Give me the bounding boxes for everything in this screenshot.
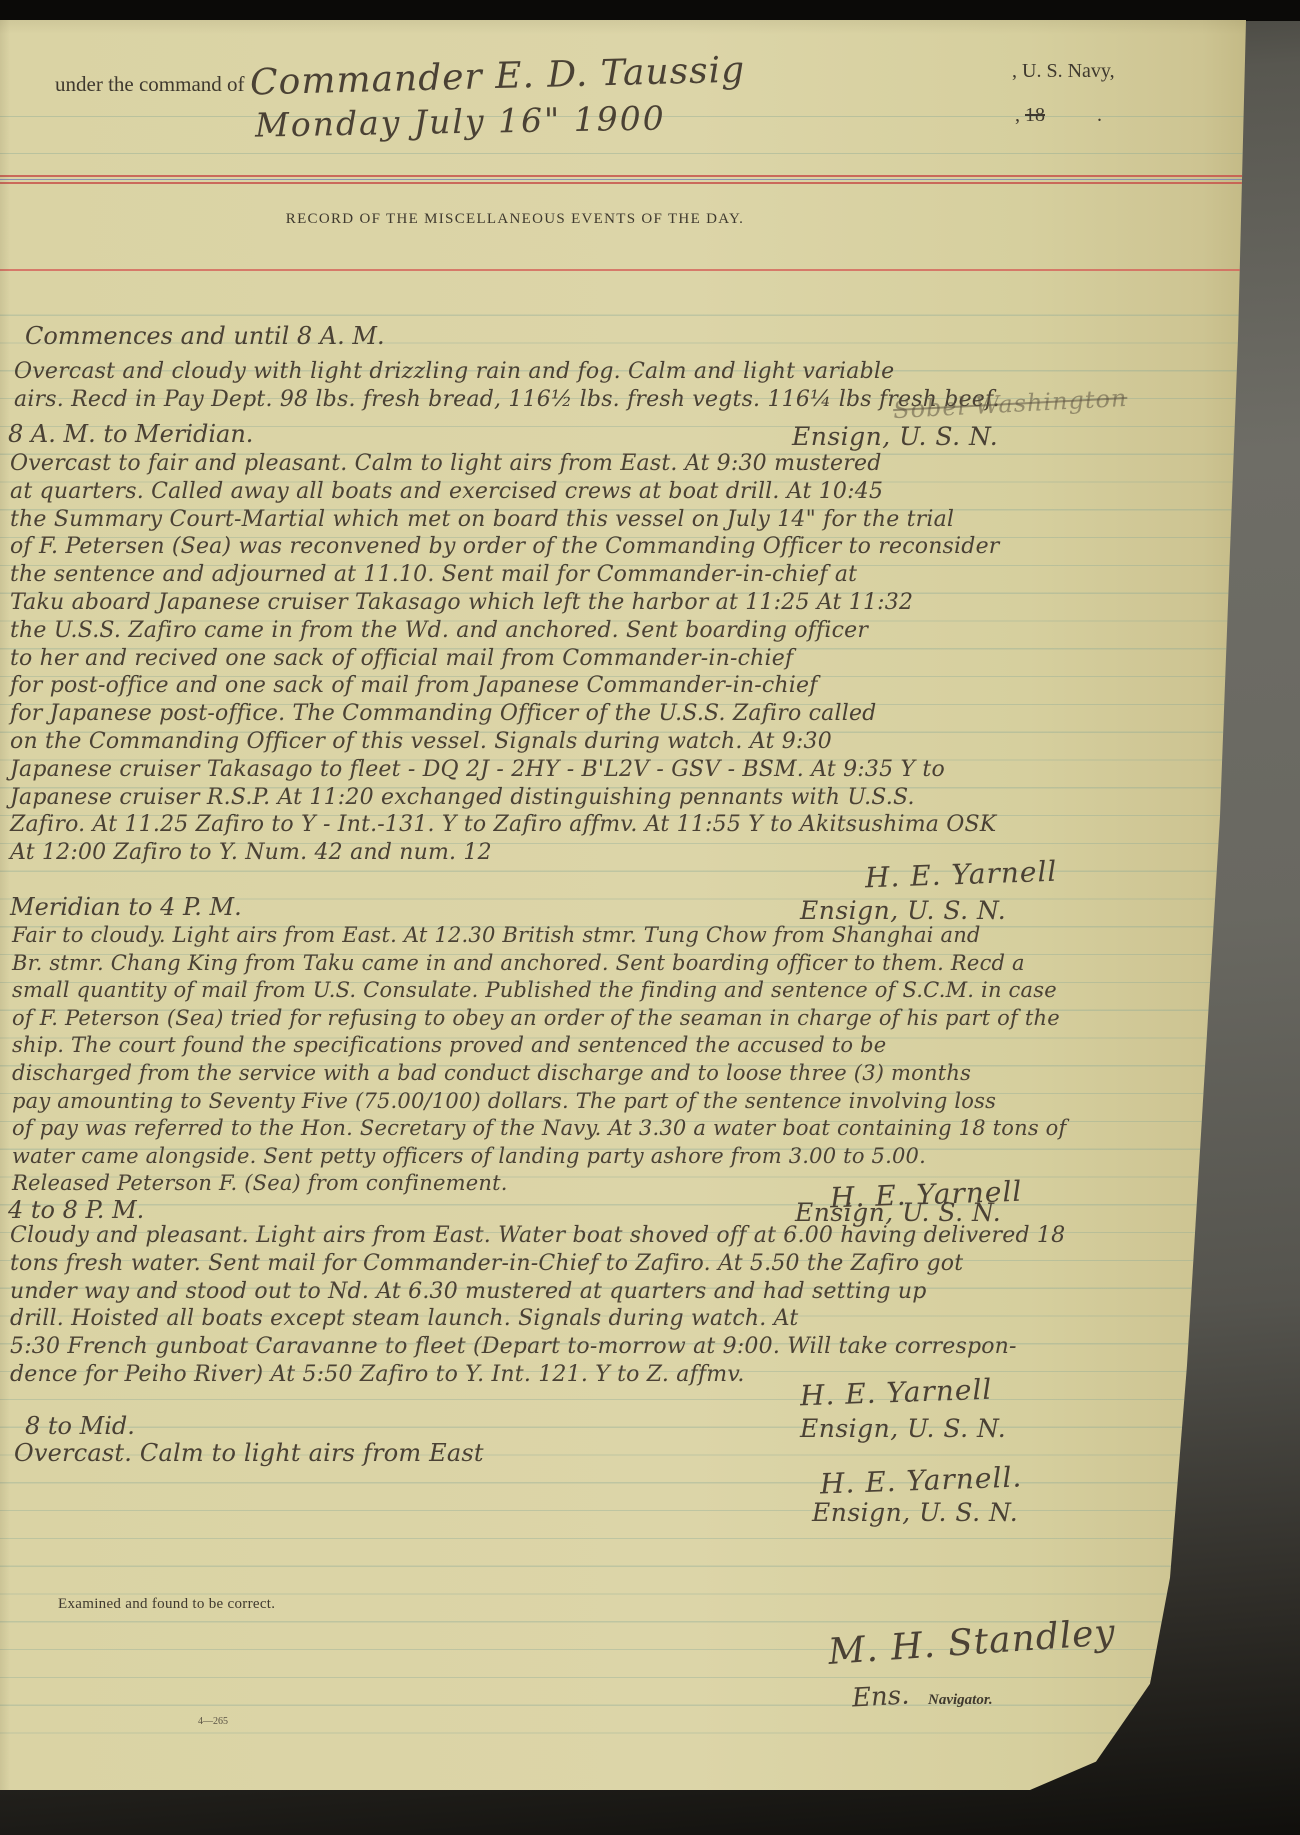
photo-top-edge [0, 0, 1300, 21]
signature-yarnell: H. E. Yarnell [799, 1373, 992, 1413]
rank-line: Ensign, U. S. N. [800, 896, 1006, 925]
printed-year-blank: , 18. [1015, 104, 1102, 127]
navigator-rank-handwriting: Ens. [851, 1681, 910, 1714]
entry-header-commences: Commences and until 8 A. M. [25, 322, 385, 350]
entry-body-8am-meridian: Overcast to fair and pleasant. Calm to l… [10, 450, 1160, 867]
red-rule-top [0, 175, 1252, 177]
year-digits-struck: 18 [1025, 104, 1045, 126]
year-period: . [1097, 104, 1102, 126]
commander-name-handwriting: Commander E. D. Taussig [250, 50, 746, 104]
navigator-signature: M. H. Standley [827, 1612, 1117, 1673]
navigator-printed-label: Navigator. [928, 1692, 993, 1709]
form-number: 4—265 [198, 1716, 228, 1727]
signature-yarnell-final: H. E. Yarnell. [819, 1460, 1022, 1500]
printed-command-label: under the command of [55, 72, 245, 97]
red-rule-bottom [0, 182, 1252, 184]
red-rule-single [0, 269, 1252, 271]
entry-header-8am-meridian: 8 A. M. to Meridian. [8, 420, 253, 448]
blue-rule [0, 179, 1252, 181]
rank-line: Ensign, U. S. N. [812, 1498, 1018, 1527]
rank-line: Ensign, U. S. N. [792, 422, 998, 451]
printed-usnavy-label: , U. S. Navy, [1012, 60, 1115, 83]
entry-body-meridian-4pm: Fair to cloudy. Light airs from East. At… [12, 922, 1162, 1198]
date-handwriting: Monday July 16" 1900 [255, 98, 666, 144]
signature-yarnell: H. E. Yarnell [864, 855, 1057, 895]
year-comma: , [1015, 104, 1025, 126]
entry-header-4-8pm: 4 to 8 P. M. [8, 1196, 144, 1224]
logbook-photo: under the command of Commander E. D. Tau… [0, 0, 1300, 1835]
record-title: RECORD OF THE MISCELLANEOUS EVENTS OF TH… [0, 211, 1030, 228]
examined-statement: Examined and found to be correct. [58, 1596, 275, 1613]
entry-header-meridian-4pm: Meridian to 4 P. M. [10, 893, 242, 921]
logbook-page: under the command of Commander E. D. Tau… [0, 20, 1252, 1790]
ruled-line [0, 153, 1252, 154]
entry-body-4-8pm: Cloudy and pleasant. Light airs from Eas… [10, 1222, 1160, 1389]
entry-header-8-mid: 8 to Mid. [25, 1412, 135, 1440]
rank-line: Ensign, U. S. N. [800, 1414, 1006, 1443]
